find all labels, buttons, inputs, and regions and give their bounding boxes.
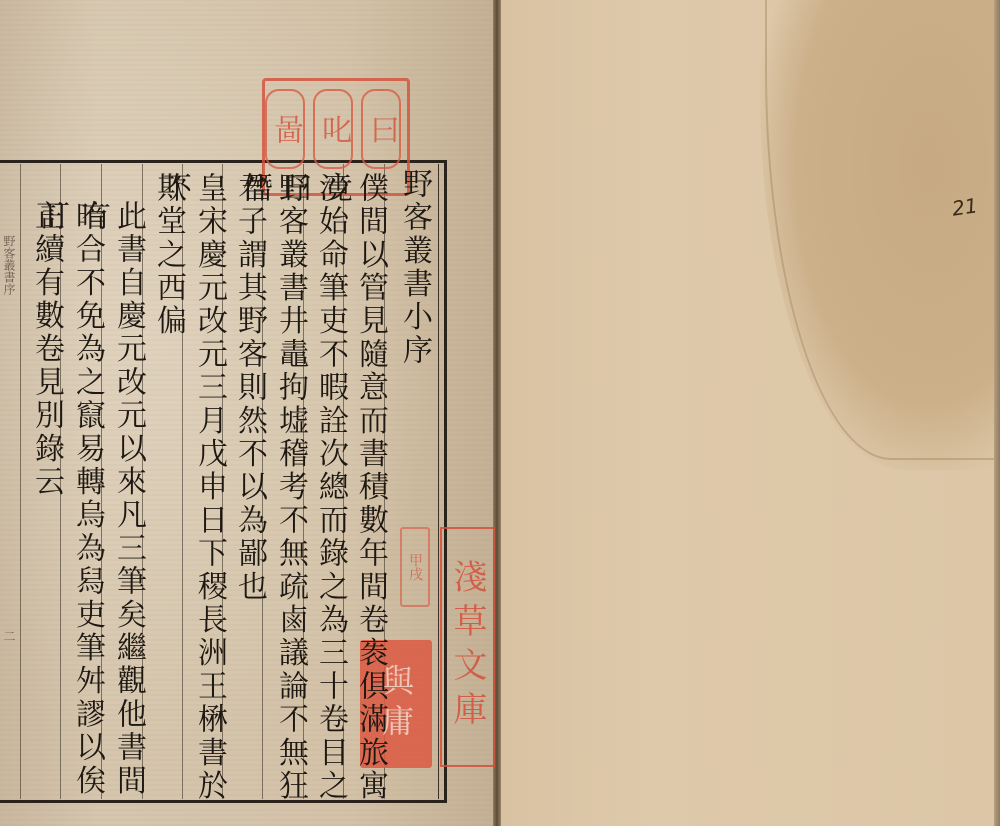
- text-column: 沙始命筆吏不暇詮次總而錄之為三十卷目之曰: [312, 172, 348, 826]
- text-column: 僕間以管見隨意而書積數年間卷袠俱滿旅寓竟: [352, 172, 388, 826]
- seal-glyph: 曰: [361, 89, 401, 169]
- seal-small-outline: 甲戌: [400, 527, 430, 607]
- text-column: 皇宋慶元改元三月戊申日下稷長洲王楙書於不: [191, 172, 227, 826]
- fold-title: 野客叢書序: [2, 235, 16, 295]
- seal-asakusa-bunko: 淺草文庫: [440, 527, 495, 767]
- page-edge: [994, 0, 1000, 826]
- pencil-page-number: 21: [950, 193, 979, 220]
- text-column: 此書自慶元改元以來凡三筆矣繼觀他書間有: [110, 200, 146, 826]
- fold-page-number: 二: [2, 630, 16, 642]
- preface-title: 野客叢書小序: [396, 168, 432, 367]
- seal-glyph: 啚: [265, 89, 305, 169]
- text-column: 正續有數卷見別錄云: [28, 200, 64, 499]
- text-column: 欺堂之西偏: [150, 172, 186, 338]
- text-column: 野客叢書井鼃拘墟稽考不無疏鹵議論不無狂僭: [272, 172, 308, 826]
- text-column: 暗合不免為之竄易轉烏為舄吏筆舛謬以俟訂: [69, 200, 105, 826]
- text-column: 君子謂其野客則然不以為鄙也: [231, 172, 267, 604]
- column-rule: [20, 164, 21, 799]
- seal-glyph: 叱: [313, 89, 353, 169]
